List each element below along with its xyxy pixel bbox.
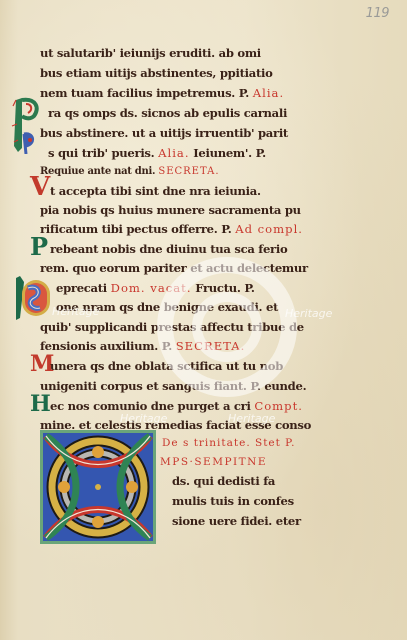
final-line-1: ds. qui dedisti fa	[172, 472, 275, 490]
text-line-6: s qui trib' pueris. Alia. Ieiunem'. P.	[48, 144, 266, 162]
text-line-2: bus etiam uitijs abstinentes, ppitiatio	[40, 64, 273, 82]
text-line-15: quib' supplicandi prestas affectu tribue…	[40, 318, 304, 336]
illuminated-initial-d-icon	[14, 274, 54, 322]
text-line-18: unigeniti corpus et sanguis fiant. P. eu…	[40, 377, 306, 395]
text-line-4: ra qs omps ds. sicnos ab epulis carnali	[48, 104, 287, 122]
final-line-3: sione uere fidei. eter	[172, 512, 301, 530]
rubric-secreta: SECRETA.	[176, 339, 246, 353]
text-line-10: rificatum tibi pectus offerre. P. Ad com…	[40, 220, 303, 238]
final-heading: De s trinitate. Stet P.	[162, 434, 295, 452]
rubric-secreta: SECRETA.	[158, 166, 219, 177]
watermark-text: Heritage	[52, 305, 99, 318]
rubric: Ad compl.	[235, 222, 303, 236]
folio-number: 119	[366, 6, 389, 21]
illuminated-initial-p-icon	[10, 96, 44, 154]
final-line-2: mulis tuis in confes	[172, 492, 294, 510]
text-line-13: eprecati Dom. vacat. Fructu. P.	[56, 279, 255, 297]
text-line-11: rebeant nobis dne diuinu tua sca ferio	[50, 240, 287, 258]
text-line-16: fensionis auxilium. P. SECRETA.	[40, 337, 245, 355]
rubric: Dom. vacat.	[111, 281, 192, 295]
rubric: Compt.	[254, 399, 303, 413]
rubric: Alia.	[158, 146, 189, 160]
incipit: MPS·SEMPITNE	[160, 453, 267, 471]
text-line-17: unera qs dne oblata sctifica ut tu nob	[50, 357, 283, 375]
text-line-5: bus abstinere. ut a uitijs irruentib' pa…	[40, 124, 288, 142]
text-line-9: pia nobis qs huius munere sacramenta pu	[40, 201, 301, 219]
manuscript-page: 119 V P M H	[0, 0, 407, 640]
rubric: Alia.	[253, 86, 284, 100]
illuminated-initial-o-icon	[40, 430, 156, 544]
text-line-8: t accepta tibi sint dne nra ieiunia.	[50, 182, 261, 200]
watermark-text: Heritage	[285, 307, 332, 320]
watermark-text: Heritage	[228, 412, 275, 425]
text-line-3: nem tuam facilius impetremus. P. Alia.	[40, 84, 284, 102]
watermark-text: Heritage	[120, 412, 167, 425]
text-line-7: Requiue ante nat dni. SECRETA.	[40, 163, 220, 181]
text-line-12: rem. quo eorum pariter et actu delectemu…	[40, 259, 308, 277]
text-line-1: ut salutarib' ieiunijs eruditi. ab omi	[40, 44, 261, 62]
